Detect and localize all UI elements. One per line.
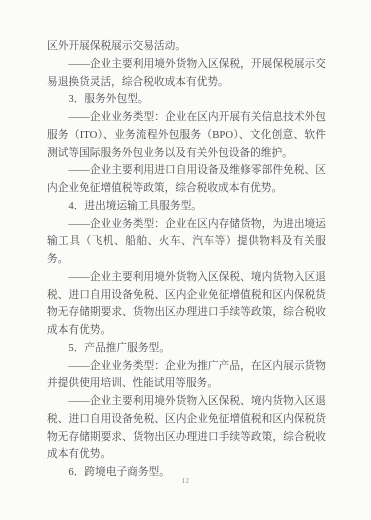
paragraph: ——企业业务类型：企业在区内开展有关信息技术外包服务（ITO）、业务流程外包服务… [47, 109, 326, 162]
paragraph: ——企业主要利用境外货物入区保税，开展保税展示交易退换货灵活，综合税收成本有优势… [47, 56, 326, 92]
page-number: 12 [0, 477, 371, 485]
paragraph: ——企业主要利用境外货物入区保税、境内货物入区退税、进口自用设备免税、区内企业免… [47, 393, 326, 464]
paragraph: ——企业主要利用进口自用设备及维修零部件免税、区内企业免征增值税等政策，综合税收… [47, 162, 326, 198]
page-body: 区外开展保税展示交易活动。——企业主要利用境外货物入区保税，开展保税展示交易退换… [47, 38, 326, 482]
paragraph: 4．进出境运输工具服务型。 [47, 198, 326, 216]
paragraph: 5．产品推广服务型。 [47, 340, 326, 358]
paragraph: 区外开展保税展示交易活动。 [47, 38, 326, 56]
document-page: 区外开展保税展示交易活动。——企业主要利用境外货物入区保税，开展保税展示交易退换… [0, 0, 371, 520]
paragraph: ——企业业务类型：企业为推广产品，在区内展示货物并提供使用培训、性能试用等服务。 [47, 358, 326, 394]
paragraph: ——企业主要利用境外货物入区保税、境内货物入区退税、进口自用设备免税、区内企业免… [47, 269, 326, 340]
paragraph: ——企业业务类型：企业在区内存储货物，为进出境运输工具（飞机、船舶、火车、汽车等… [47, 216, 326, 269]
paragraph: 3．服务外包型。 [47, 91, 326, 109]
